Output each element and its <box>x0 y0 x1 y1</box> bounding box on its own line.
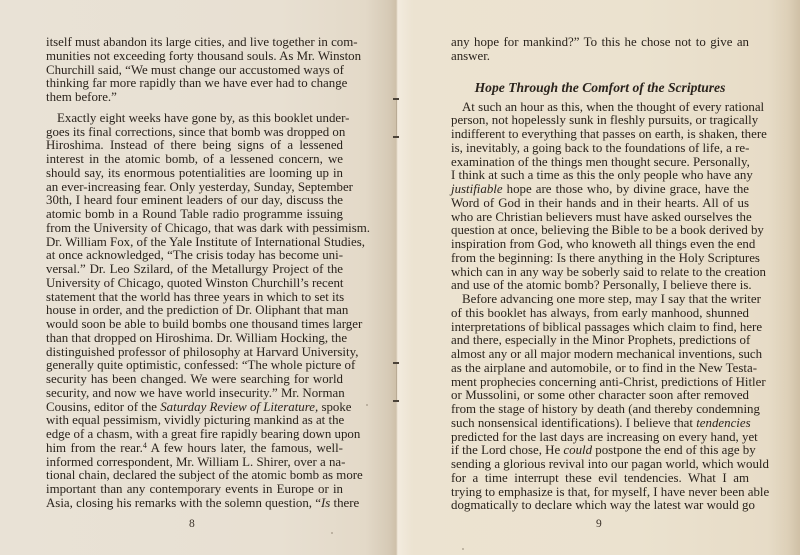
book-spine <box>396 0 398 555</box>
paragraph: Before advancing one more step, may I sa… <box>451 293 749 513</box>
text-line: Exactly eight weeks have gone by, as thi… <box>46 112 343 126</box>
paragraph: itself must abandon its large cities, an… <box>46 36 343 105</box>
staple-icon <box>393 362 399 364</box>
staple-thread-bottom <box>396 362 397 400</box>
text-line: is, inevitably, a going back to the foun… <box>451 142 749 156</box>
text-line: which can in any way be soberly said to … <box>451 266 749 280</box>
text-line: almost any or all major modern mechanica… <box>451 348 749 362</box>
italic-word: tendencies <box>696 416 750 430</box>
text-line: any hope for mankind?” To this he chose … <box>451 36 749 50</box>
book-spread: itself must abandon its large cities, an… <box>0 0 800 555</box>
text-line: atomic bomb in a Round Table radio progr… <box>46 208 343 222</box>
text-run: Asia, closing his remarks with the solem… <box>46 496 321 510</box>
text-line: At such an hour as this, when the though… <box>451 101 749 115</box>
text-line: important than any contemporary events i… <box>46 483 343 497</box>
italic-word: Is <box>321 496 330 510</box>
text-line: sending a glorious revival into our paga… <box>451 458 749 472</box>
text-line: examination of the things men thought se… <box>451 156 749 170</box>
text-run: Cousins, editor of the <box>46 400 160 414</box>
staple-thread-top <box>396 98 397 136</box>
text-line: would soon be able to build bombs one th… <box>46 318 343 332</box>
text-line: tional chain, declared the subject of th… <box>46 469 343 483</box>
text-line: if the Lord chose, He could postpone the… <box>451 444 749 458</box>
staple-icon <box>393 400 399 402</box>
text-line: answer. <box>451 50 749 64</box>
paragraph: any hope for mankind?” To this he chose … <box>451 36 749 64</box>
text-line: question at once, believing the Bible to… <box>451 224 749 238</box>
text-line: from the stage of history by death (and … <box>451 403 749 417</box>
staple-icon <box>393 98 399 100</box>
text-line: predicted for the last days are increasi… <box>451 431 749 445</box>
text-line: Dr. William Fox, of the Yale Institute o… <box>46 236 343 250</box>
text-line: should say, its enormous potentialities … <box>46 167 343 181</box>
text-line: Hiroshima. Instead of there being signs … <box>46 139 343 153</box>
text-run: him from the rear. <box>46 441 143 455</box>
text-line: from the beginning: Is there anything in… <box>451 252 749 266</box>
text-run: spoke <box>318 400 351 414</box>
text-line: such nonsensical identifications). I bel… <box>451 417 749 431</box>
text-line: at once acknowledged, “The crisis today … <box>46 249 343 263</box>
text-line: dogmatically to declare which way the la… <box>451 499 749 513</box>
text-line: and use of the atomic bomb? Personally, … <box>451 279 749 293</box>
staple-icon <box>393 136 399 138</box>
text-line: inspiration from God, who knoweth all th… <box>451 238 749 252</box>
text-line: generally quite optimistic, confessed: “… <box>46 359 343 373</box>
text-line: with equal pessimism, vividly picturing … <box>46 414 343 428</box>
text-line: him from the rear.4 A few hours later, t… <box>46 442 343 456</box>
text-run: postpone the end of this age by <box>592 443 756 457</box>
text-line: versal.” Dr. Leo Szilard, of the Metallu… <box>46 263 343 277</box>
text-line: and there, especially in the Minor Proph… <box>451 334 749 348</box>
text-line: security, and now we have world insecuri… <box>46 387 343 401</box>
text-line: house in order, and the prediction of Dr… <box>46 304 343 318</box>
text-line: I think at such a time as this the only … <box>451 169 749 183</box>
italic-title: Saturday Review of Literature, <box>160 400 318 414</box>
text-line: trying to emphasize is that, for myself,… <box>451 486 749 500</box>
text-line: from the University of Chicago, that was… <box>46 222 343 236</box>
text-line: interest in the atomic bomb, of a lessen… <box>46 153 343 167</box>
text-line: interpretations of biblical passages whi… <box>451 321 749 335</box>
text-line: security has been changed. We were searc… <box>46 373 343 387</box>
text-line: of this booklet has always, from early m… <box>451 307 749 321</box>
section-heading: Hope Through the Comfort of the Scriptur… <box>451 81 749 95</box>
paragraph: Exactly eight weeks have gone by, as thi… <box>46 112 343 511</box>
page-number-right: 9 <box>596 518 602 530</box>
italic-word: could <box>563 443 592 457</box>
text-line: 30th, I heard four eminent leaders of ou… <box>46 194 343 208</box>
text-line: munities not exceeding forty thousand so… <box>46 50 343 64</box>
text-line: justifiable hope are those who, by divin… <box>451 183 749 197</box>
text-line: person, not hopelessly sunk in fleshly p… <box>451 114 749 128</box>
text-line: informed correspondent, Mr. William L. S… <box>46 456 343 470</box>
text-line: Asia, closing his remarks with the solem… <box>46 497 343 511</box>
text-line: indifferent to everything that passes on… <box>451 128 749 142</box>
text-line: thinking far more rapidly than we have e… <box>46 77 343 91</box>
text-line: ment prophecies concerning anti-Christ, … <box>451 376 749 390</box>
text-line: statement that the world has three years… <box>46 291 343 305</box>
text-run: if the Lord chose, He <box>451 443 563 457</box>
text-line: Churchill said, “We must change our accu… <box>46 64 343 78</box>
text-line: edge of a chasm, with a great fire rapid… <box>46 428 343 442</box>
text-run: such nonsensical identifications). I bel… <box>451 416 696 430</box>
text-line: an ever-increasing fear. Only yesterday,… <box>46 181 343 195</box>
text-line: itself must abandon its large cities, an… <box>46 36 343 50</box>
text-line: University of Chicago, quoted Winston Ch… <box>46 277 343 291</box>
italic-word: justifiable <box>451 182 503 196</box>
text-line: goes its final corrections, since that b… <box>46 126 343 140</box>
text-run: there <box>330 496 359 510</box>
text-line: them before.” <box>46 91 343 105</box>
text-run: A few hours later, the famous, well- <box>147 441 343 455</box>
left-page-body: itself must abandon its large cities, an… <box>46 36 343 511</box>
text-line: Before advancing one more step, may I sa… <box>451 293 749 307</box>
page-number-left: 8 <box>189 518 195 530</box>
text-line: Word of God in their hands and in their … <box>451 197 749 211</box>
text-line: who are Christian believers must have as… <box>451 211 749 225</box>
paper-speck <box>366 404 368 406</box>
text-line: or Mussolini, or some other character so… <box>451 389 749 403</box>
paper-speck <box>462 548 464 550</box>
text-line: for a time interrupt these evil tendenci… <box>451 472 749 486</box>
paper-speck <box>331 532 333 534</box>
text-run: hope are those who, by divine grace, hav… <box>503 182 749 196</box>
text-line: Cousins, editor of the Saturday Review o… <box>46 401 343 415</box>
text-line: distinguished professor of philosophy at… <box>46 346 343 360</box>
right-page-body: any hope for mankind?” To this he chose … <box>451 36 749 513</box>
text-line: than that dropped on Hiroshima. Dr. Will… <box>46 332 343 346</box>
paragraph: At such an hour as this, when the though… <box>451 101 749 294</box>
text-line: as the airplane and automobile, or to fi… <box>451 362 749 376</box>
